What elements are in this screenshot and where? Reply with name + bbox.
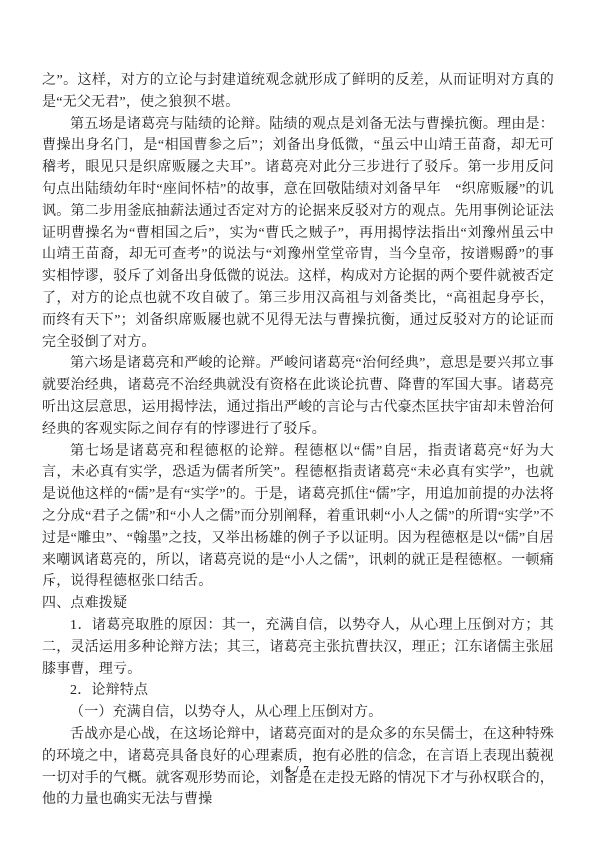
sub-item-confidence: （一）充满自信，以势夺人，从心理上压倒对方。 — [42, 702, 554, 724]
continuation-paragraph: 之”。这样，对方的立论与封建道统观念就形成了鲜明的反差，从而证明对方真的是“无父… — [42, 70, 554, 114]
debate-round5-paragraph: 第五场是诸葛亮与陆绩的论辩。陆绩的观点是刘备无法与曹操抗衡。理由是：曹操出身名门… — [42, 114, 554, 354]
document-page: 之”。这样，对方的立论与封建道统观念就形成了鲜明的反差，从而证明对方真的是“无父… — [0, 0, 595, 841]
list-item-features: 2．论辩特点 — [42, 680, 554, 702]
page-number: 6 / 7 — [0, 764, 595, 776]
text-content: 之”。这样，对方的立论与封建道统观念就形成了鲜明的反差，从而证明对方真的是“无父… — [42, 70, 554, 811]
debate-round6-paragraph: 第六场是诸葛亮和严峻的论辩。严峻问诸葛亮“治何经典”，意思是要兴邦立事就要治经典… — [42, 353, 554, 440]
section-heading: 四、点难拨疑 — [42, 593, 554, 615]
debate-round7-paragraph: 第七场是诸葛亮和程德枢的论辩。程德枢以“儒”自居，指责诸葛亮“好为大言，未必真有… — [42, 441, 554, 594]
list-item-reasons: 1．诸葛亮取胜的原因：其一，充满自信，以势夺人，从心理上压倒对方；其二，灵活运用… — [42, 615, 554, 680]
